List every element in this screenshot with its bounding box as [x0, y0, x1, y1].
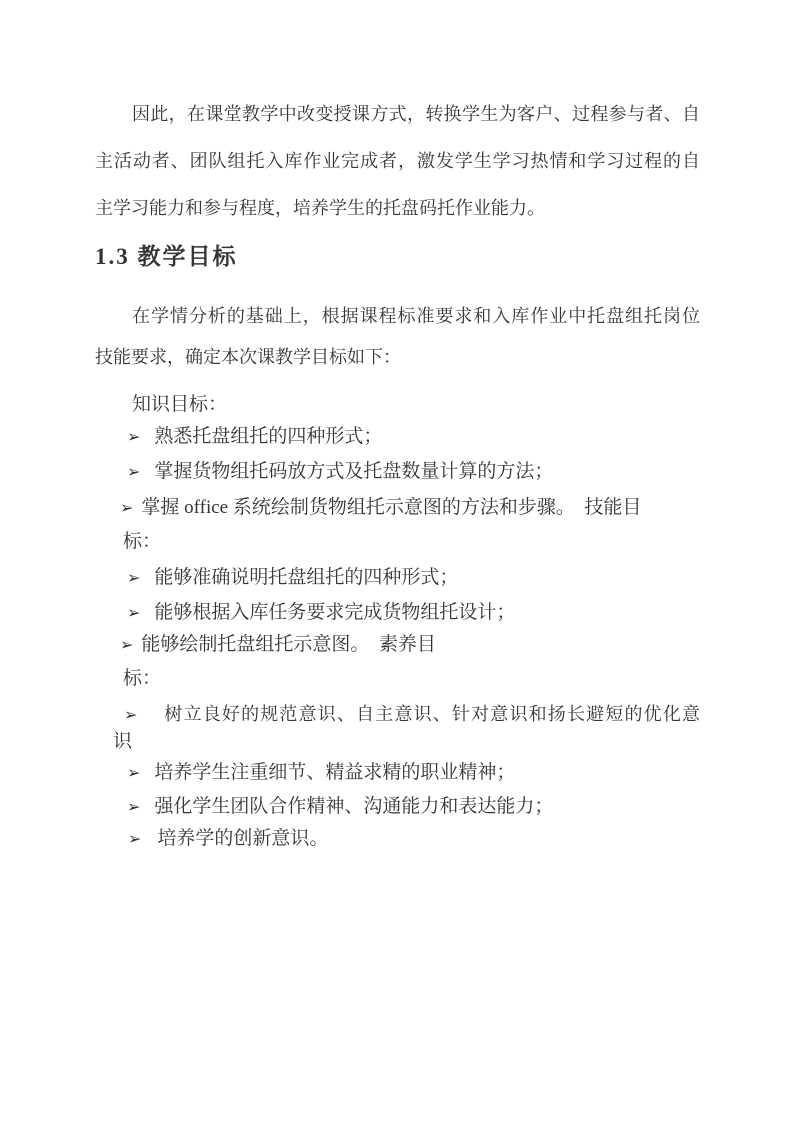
bullet-text: 树立良好的规范意识、自主意识、针对意识和扬长避短的优化意 [164, 703, 700, 726]
bullet-text: 掌握货物组托码放方式及托盘数量计算的方法； [154, 460, 553, 484]
arrow-bullet-icon: ➢ [127, 460, 140, 484]
paragraph1-line3: 主学习能力和参与程度，培养学生的托盘码托作业能力。 [95, 197, 545, 220]
arrow-bullet-icon: ➢ [127, 795, 140, 819]
bullet-text: 熟悉托盘组托的四种形式； [154, 425, 382, 449]
bullet-text: 强化学生团队合作精神、沟通能力和表达能力； [154, 795, 553, 819]
arrow-bullet-icon: ➢ [120, 496, 133, 520]
paragraph1-line1: 因此，在课堂教学中改变授课方式，转换学生为客户、过程参与者、自 [95, 103, 700, 126]
paragraph2-line1: 在学情分析的基础上，根据课程标准要求和入库作业中托盘组托岗位 [95, 305, 700, 328]
section-heading: 1.3 教学目标 [95, 243, 238, 271]
skill-bullet-3: ➢ 能够绘制托盘组托示意图。 素养目 [120, 633, 436, 657]
knowledge-bullet-3: ➢ 掌握 office 系统绘制货物组托示意图的方法和步骤。 技能目 [120, 496, 641, 520]
arrow-bullet-icon: ➢ [127, 425, 140, 449]
quality-bullet-3: ➢ 强化学生团队合作精神、沟通能力和表达能力； [127, 795, 553, 819]
arrow-bullet-icon: ➢ [124, 703, 137, 727]
skill-bullet-1: ➢ 能够准确说明托盘组托的四种形式； [127, 566, 458, 590]
document-page: 因此，在课堂教学中改变授课方式，转换学生为客户、过程参与者、自 主活动者、团队组… [0, 0, 794, 1123]
arrow-bullet-icon: ➢ [127, 761, 140, 785]
knowledge-bullet-1: ➢ 熟悉托盘组托的四种形式； [127, 425, 382, 449]
skill-bullet-3-wrap: 标： [123, 667, 161, 691]
paragraph1-line2: 主活动者、团队组托入库作业完成者，激发学生学习热情和学习过程的自 [95, 150, 700, 173]
bullet-text: 掌握 office 系统绘制货物组托示意图的方法和步骤。 技能目 [141, 496, 641, 520]
bullet-text: 培养学生注重细节、精益求精的职业精神； [154, 761, 515, 785]
paragraph2-line2: 技能要求，确定本次课教学目标如下： [95, 346, 401, 369]
arrow-bullet-icon: ➢ [127, 601, 140, 625]
quality-bullet-1: ➢ 树立良好的规范意识、自主意识、针对意识和扬长避短的优化意 [124, 703, 700, 727]
quality-bullet-4: ➢ 培养学的创新意识。 [128, 827, 328, 851]
bullet-text: 能够根据入库任务要求完成货物组托设计； [154, 601, 515, 625]
arrow-bullet-icon: ➢ [120, 633, 133, 657]
quality-bullet-2: ➢ 培养学生注重细节、精益求精的职业精神； [127, 761, 515, 785]
bullet-text: 能够绘制托盘组托示意图。 素养目 [141, 633, 436, 657]
bullet-text: 培养学的创新意识。 [157, 827, 328, 851]
knowledge-bullet-3-wrap: 标： [123, 530, 161, 554]
arrow-bullet-icon: ➢ [128, 827, 141, 851]
skill-bullet-2: ➢ 能够根据入库任务要求完成货物组托设计； [127, 601, 515, 625]
knowledge-bullet-2: ➢ 掌握货物组托码放方式及托盘数量计算的方法； [127, 460, 553, 484]
bullet-text: 能够准确说明托盘组托的四种形式； [154, 566, 458, 590]
arrow-bullet-icon: ➢ [127, 566, 140, 590]
knowledge-goals-label: 知识目标： [132, 393, 227, 417]
quality-bullet-1-wrap: 识 [113, 730, 132, 754]
